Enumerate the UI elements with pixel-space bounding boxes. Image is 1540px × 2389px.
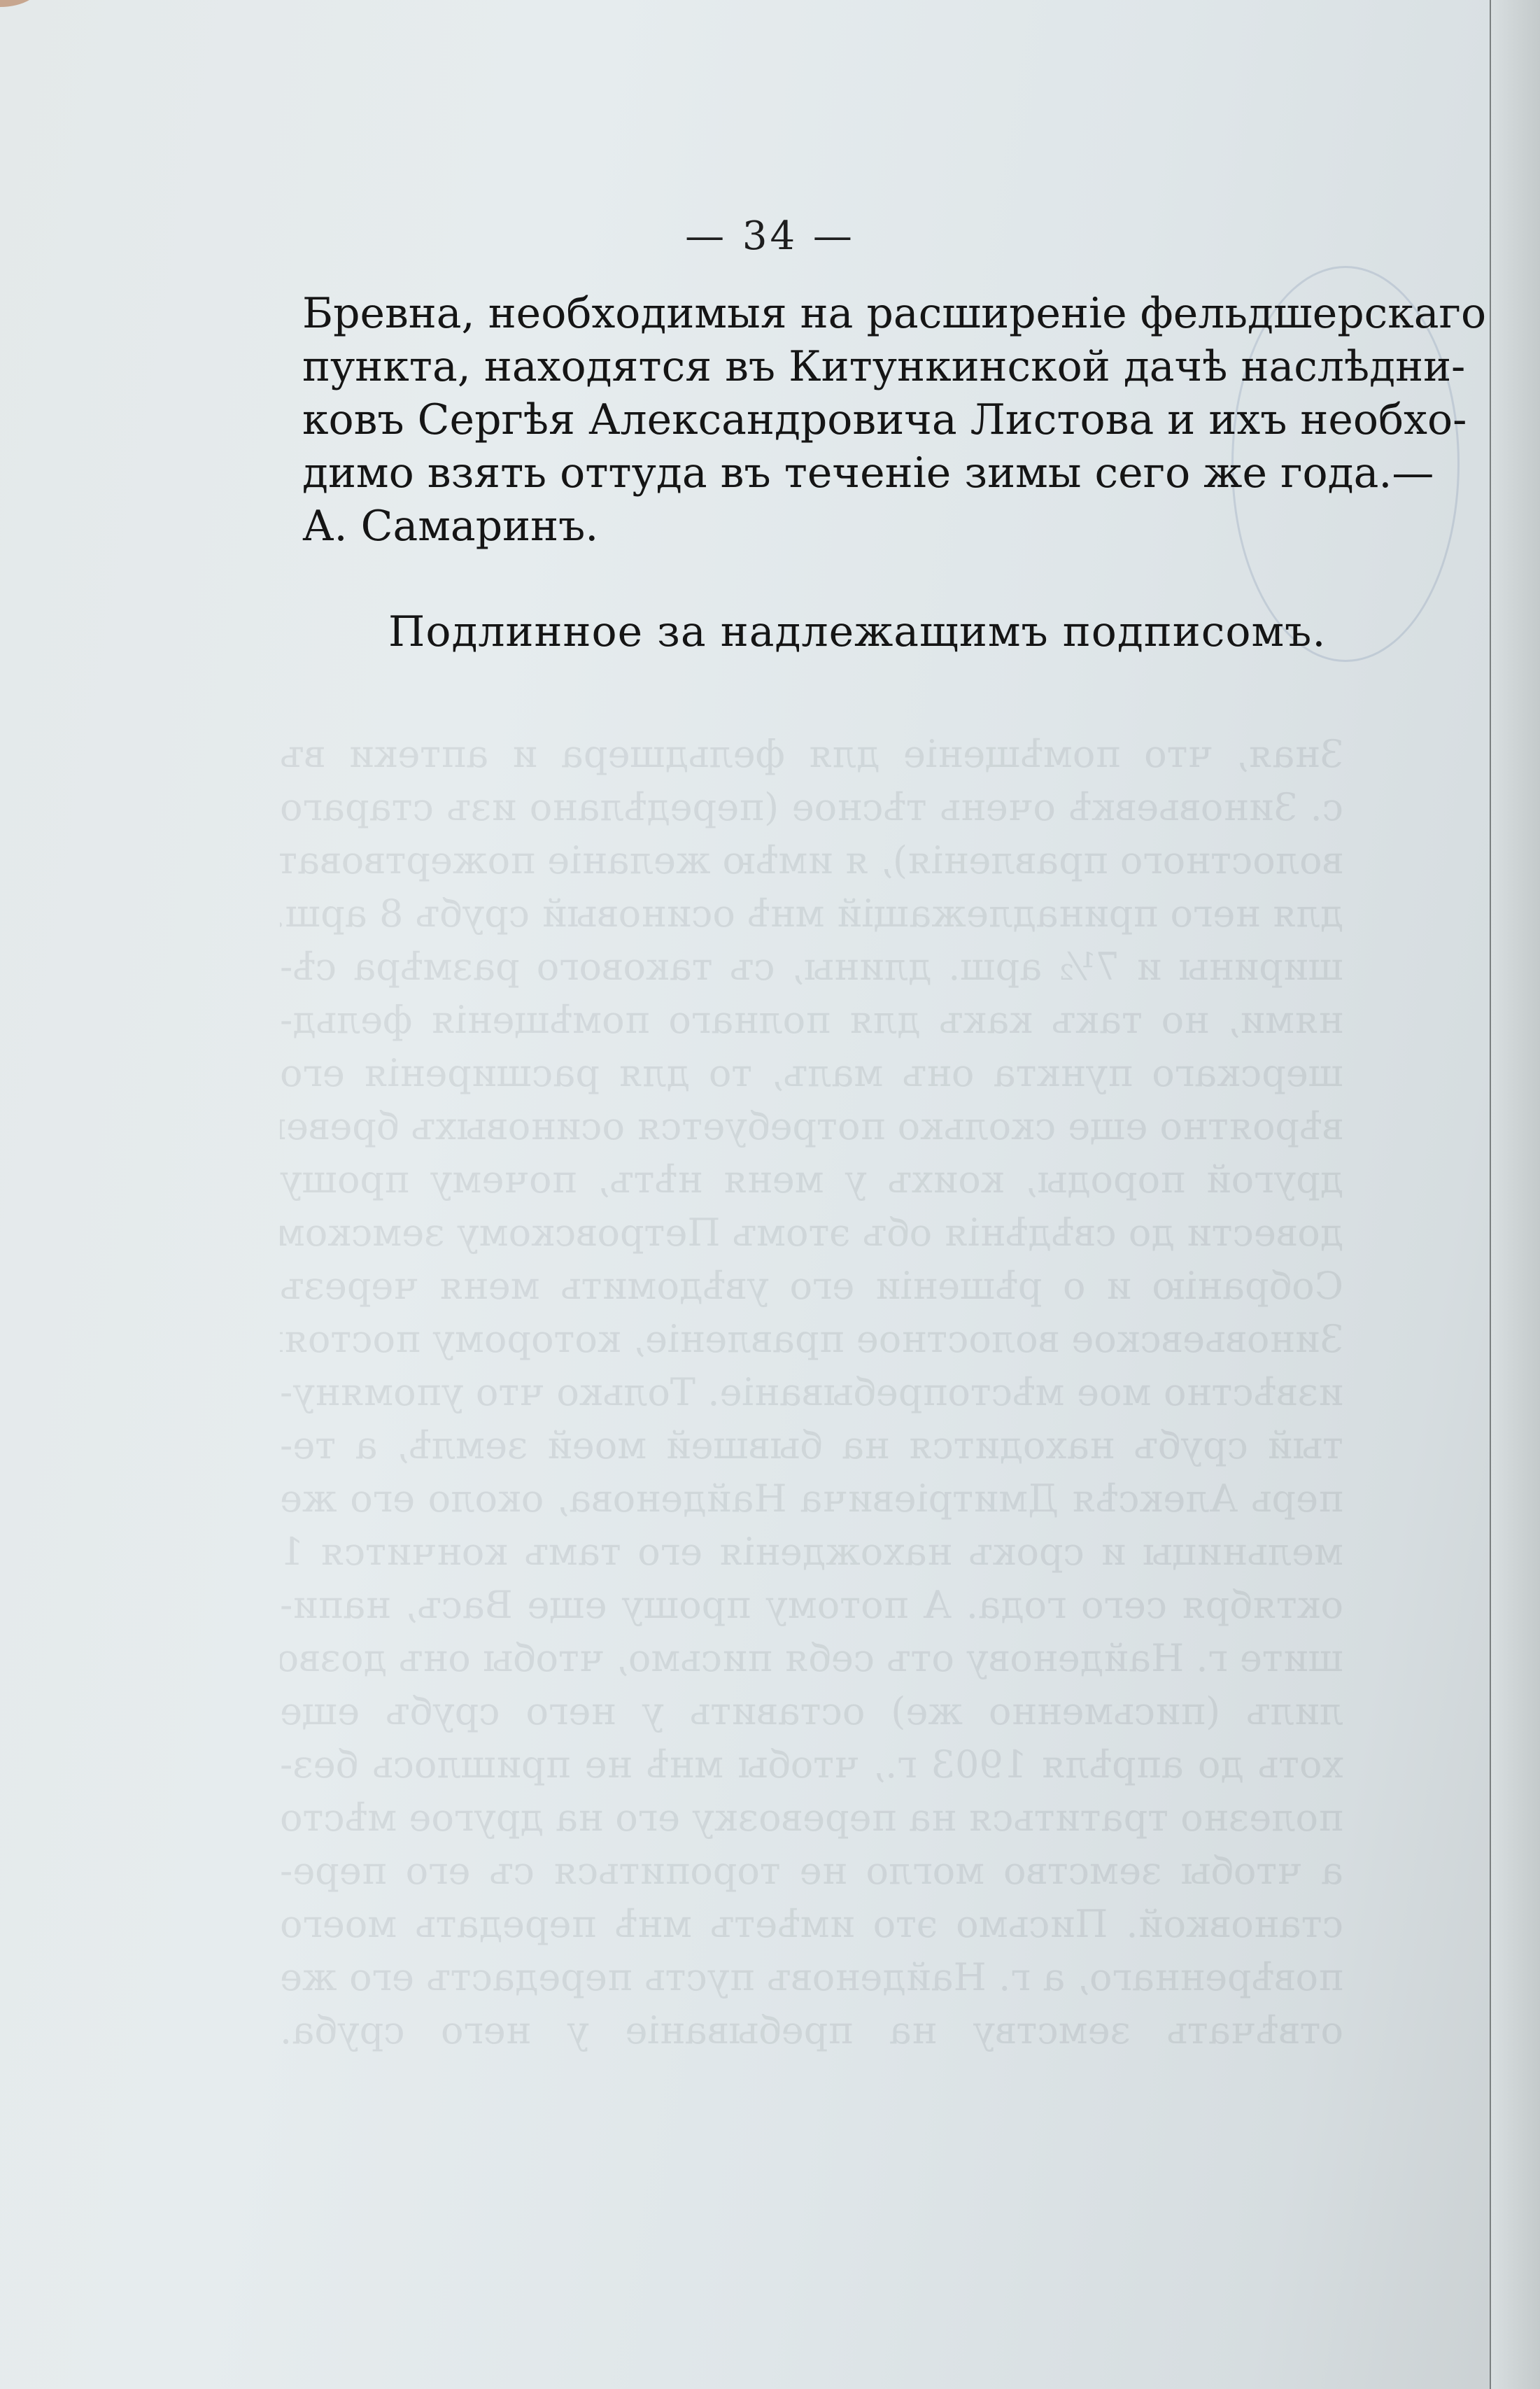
show-through-line: вѣроятно еще сколько потребуется осиновы… (280, 1100, 1343, 1153)
show-through-line: с. Зиновьевкѣ очень тѣсное (передѣлано и… (280, 781, 1343, 834)
paragraph-line: ковъ Сергѣя Александровича Листова и ихъ… (302, 393, 1366, 446)
show-through-line: отвѣчать земству на пребываніе у него ср… (280, 2004, 1343, 2057)
show-through-line: лилъ (письменно же) оставить у него сруб… (280, 1685, 1343, 1738)
show-through-line: Собранію и о рѣшеніи его увѣдомить меня … (280, 1260, 1343, 1313)
show-through-line: довести до свѣдѣнія объ этомъ Петровском… (280, 1206, 1343, 1260)
show-through-line: Зиновьевское волостное правленіе, которо… (280, 1313, 1343, 1366)
show-through-line: становкой. Письмо это имѣетъ мнѣ передат… (280, 1898, 1343, 1951)
show-through-line: шите г. Найденову отъ себя письмо, чтобы… (280, 1632, 1343, 1685)
show-through-line: Зная, что помѣщеніе для фельдшера и апте… (280, 728, 1343, 781)
show-through-text: Зная, что помѣщеніе для фельдшера и апте… (280, 728, 1343, 2057)
paragraph-line: Бревна, необходимыя на расширеніе фельдш… (302, 287, 1366, 340)
signature-note: Подлинное за надлежащимъ подписомъ. (388, 607, 1326, 656)
show-through-line: другой породы, коихъ у меня нѣтъ, почему… (280, 1153, 1343, 1206)
show-through-line: мельницы и срокъ нахожденія его тамъ кон… (280, 1525, 1343, 1579)
show-through-line: а чтобы земство могло не торопиться съ е… (280, 1845, 1343, 1898)
show-through-line: извѣстно мое мѣстопребываніе. Только что… (280, 1366, 1343, 1419)
corner-shadow (0, 0, 42, 7)
show-through-line: ширины и 7½ арш. длины, съ такового разм… (280, 940, 1343, 994)
paragraph: Бревна, необходимыя на расширеніе фельдш… (302, 287, 1366, 553)
show-through-line: для него принадлежащій мнѣ осиновый сруб… (280, 887, 1343, 940)
show-through-line: волостного правленія), я имѣю желаніе по… (280, 834, 1343, 887)
page-edge (1490, 0, 1540, 2389)
show-through-line: октября сего года. А потому прошу еще Ва… (280, 1579, 1343, 1632)
show-through-line: тый срубъ находится на бывшей моей землѣ… (280, 1419, 1343, 1472)
paragraph-line: пункта, находятся въ Китункинской дачѣ н… (302, 340, 1366, 393)
show-through-line: повѣреннаго, а г. Найденовъ пусть переда… (280, 1951, 1343, 2004)
show-through-line: нями, но такъ какъ для полнаго помѣщенія… (280, 994, 1343, 1047)
show-through-line: полезно тратиться на перевозку его на др… (280, 1791, 1343, 1845)
paragraph-line: димо взять оттуда въ теченіе зимы сего ж… (302, 446, 1366, 500)
signature-name: А. Самаринъ. (302, 500, 1366, 553)
show-through-line: перь Алексѣя Дмитріевича Найденова, окол… (280, 1472, 1343, 1525)
show-through-line: хоть до апрѣля 1903 г., чтобы мнѣ не при… (280, 1738, 1343, 1791)
show-through-line: шерскаго пункта онъ малъ, то для расшире… (280, 1047, 1343, 1100)
page-number: — 34 — (0, 213, 1540, 259)
